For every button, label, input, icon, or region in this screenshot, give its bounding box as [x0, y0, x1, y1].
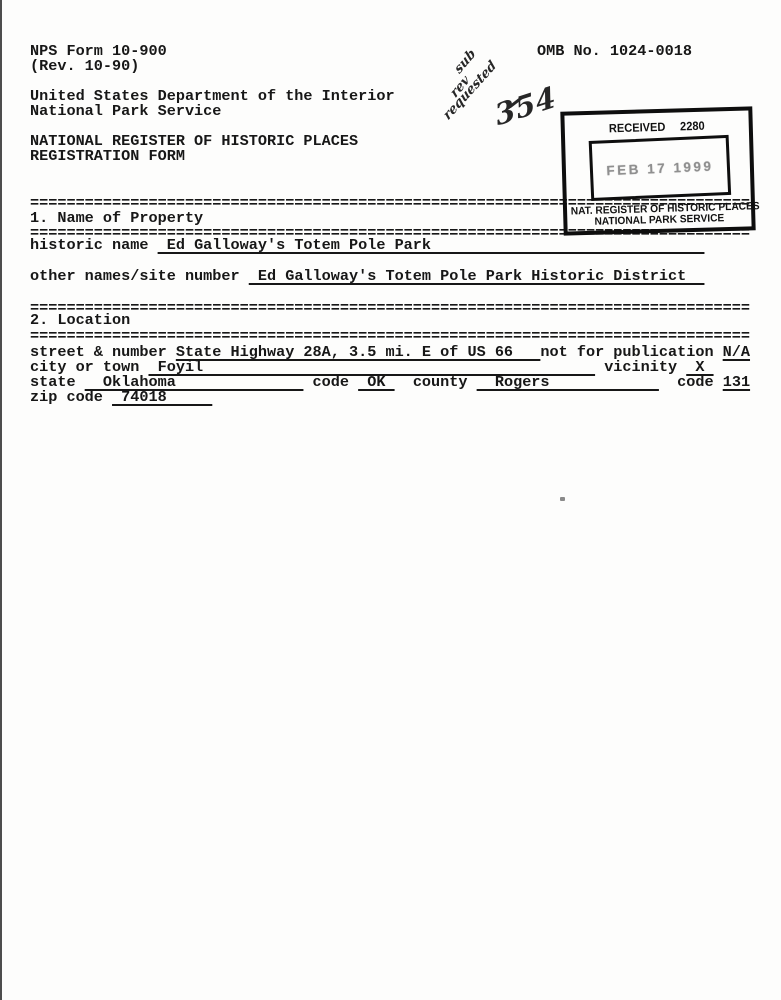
stamp-date: FEB 17 1999	[606, 158, 714, 178]
stamp-received-label: RECEIVED	[609, 120, 666, 136]
field-label: zip code	[30, 388, 112, 406]
handwritten-number: 354	[492, 79, 560, 132]
form-title-line-2: REGISTRATION FORM	[30, 149, 185, 164]
field-label: (Rev. 10-90)	[30, 57, 139, 75]
historic-name-line: historic name Ed Galloway's Totem Pole P…	[30, 238, 704, 253]
stamp-date-box: FEB 17 1999	[589, 135, 731, 201]
field-value: OK	[358, 373, 394, 391]
field-value: Ed Galloway's Totem Pole Park Historic D…	[249, 267, 705, 285]
field-value: 74018	[112, 388, 212, 406]
section-divider: ========================================…	[30, 329, 750, 344]
field-label: REGISTRATION FORM	[30, 147, 185, 165]
stamp-org-text: NAT. REGISTER OF HISTORIC PLACES NATIONA…	[571, 201, 748, 229]
field-value: Rogers	[477, 373, 659, 391]
field-value: N/A	[723, 343, 750, 361]
field-label: National Park Service	[30, 102, 221, 120]
field-label: other names/site number	[30, 267, 249, 285]
field-label: code	[659, 373, 723, 391]
field-label: historic name	[30, 236, 158, 254]
scan-artifact-dot	[560, 497, 565, 501]
other-names-line: other names/site number Ed Galloway's To…	[30, 269, 704, 284]
zip-line: zip code 74018	[30, 390, 212, 405]
section-divider: ========================================…	[30, 301, 750, 316]
stamp-office-number: 2280	[680, 119, 705, 134]
registration-form-page: NPS Form 10-900(Rev. 10-90)United States…	[0, 0, 781, 1000]
section-2-title: 2. Location	[30, 313, 130, 328]
field-label: code	[303, 373, 358, 391]
field-value: 131	[723, 373, 750, 391]
form-revision-line: (Rev. 10-90)	[30, 59, 139, 74]
scan-edge-artifact	[0, 0, 2, 1000]
field-value: Ed Galloway's Totem Pole Park	[158, 236, 705, 254]
field-label: county	[395, 373, 477, 391]
stamp-received-row: RECEIVED 2280	[572, 118, 742, 137]
omb-number: OMB No. 1024-0018	[537, 44, 692, 59]
received-stamp: RECEIVED 2280 FEB 17 1999 NAT. REGISTER …	[560, 106, 755, 235]
agency-line-2: National Park Service	[30, 104, 221, 119]
